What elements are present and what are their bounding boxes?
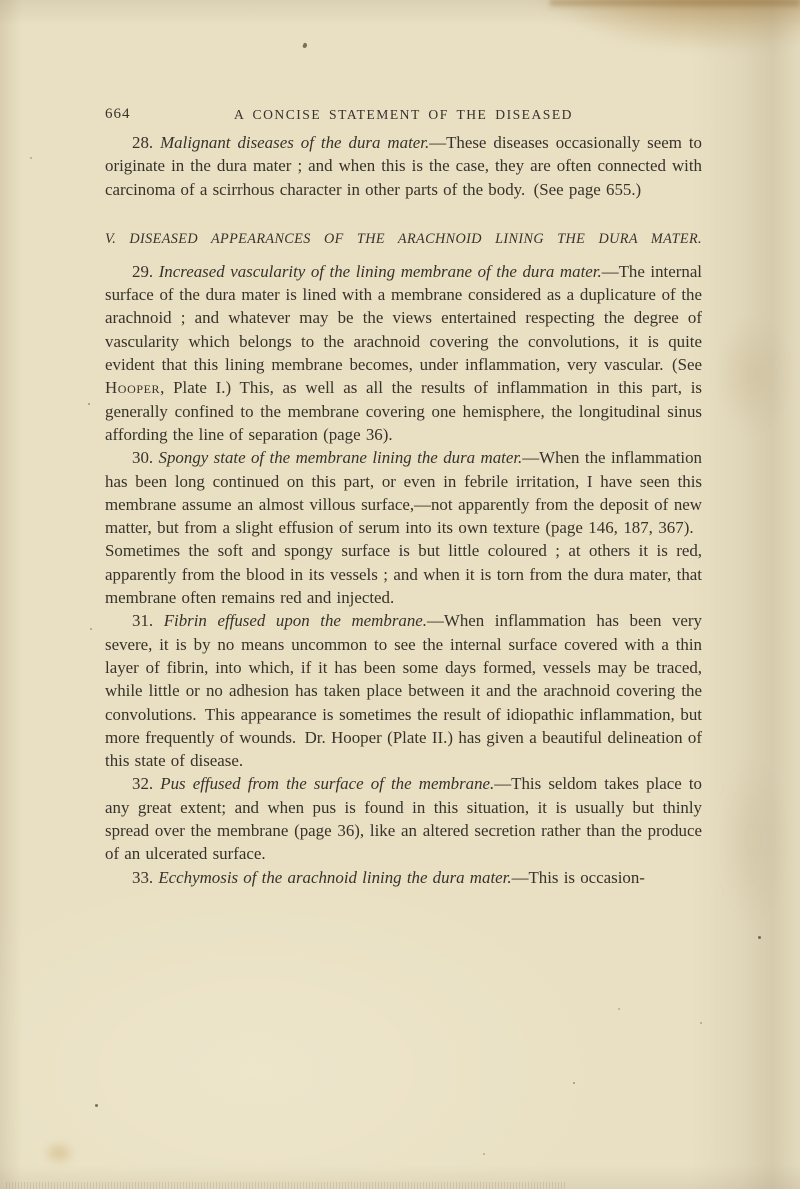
smudge-right-low xyxy=(720,760,780,920)
text-segment-num: 31. xyxy=(132,611,164,630)
text-segment-num: 28. xyxy=(132,133,160,152)
paragraph-31: 31. Fibrin effused upon the membrane.—Wh… xyxy=(105,609,702,772)
stain-top-edge xyxy=(550,0,800,9)
paper-speck xyxy=(573,1082,575,1084)
text-segment-italic: Malignant diseases of the dura mater. xyxy=(160,133,429,152)
text-segment-roman: , Plate I.) This, as well as all the res… xyxy=(105,378,702,444)
text-segment-roman: —When inflammation has been very severe,… xyxy=(105,611,702,770)
text-segment-italic: Spongy state of the membrane lining the … xyxy=(159,448,523,467)
paper-speck xyxy=(90,628,92,630)
paragraph-32: 32. Pus effused from the surface of the … xyxy=(105,772,702,865)
paper-speck xyxy=(95,1104,98,1107)
paper-speck xyxy=(88,403,90,405)
text-segment-italic: Fibrin effused upon the membrane. xyxy=(164,611,427,630)
text-segment-italic: Ecchymosis of the arachnoid lining the d… xyxy=(158,868,511,887)
text-segment-num: 30. xyxy=(132,448,159,467)
paper-speck xyxy=(618,1008,620,1010)
running-head: A CONCISE STATEMENT OF THE DISEASED xyxy=(105,107,702,123)
paragraph-30: 30. Spongy state of the membrane lining … xyxy=(105,446,702,609)
paper-speck xyxy=(758,936,761,939)
paper-speck xyxy=(30,157,32,159)
book-page-scan: 664 A CONCISE STATEMENT OF THE DISEASED … xyxy=(0,0,800,1189)
smudge-right xyxy=(716,320,786,430)
paper-speck xyxy=(302,42,307,48)
page-bottom-edge-texture xyxy=(6,1182,566,1189)
stain-bottom-left xyxy=(42,1140,76,1166)
text-segment-roman: —When the inflammation has been long con… xyxy=(105,448,702,607)
text-segment-smallcaps: Hooper xyxy=(105,378,160,397)
text-segment-num: 32. xyxy=(132,774,160,793)
text-segment-italic: Pus effused from the surface of the memb… xyxy=(160,774,494,793)
text-segment-roman: —This is occasion- xyxy=(512,868,645,887)
text-segment-italic: Increased vascularity of the lining memb… xyxy=(159,262,602,281)
text-segment-num: 33. xyxy=(132,868,158,887)
paragraph-29: 29. Increased vascularity of the lining … xyxy=(105,260,702,446)
paragraph-33: 33. Ecchymosis of the arachnoid lining t… xyxy=(105,866,702,889)
paper-speck xyxy=(483,1153,485,1155)
text-block: 28. Malignant diseases of the dura mater… xyxy=(105,131,702,889)
paragraph-28: 28. Malignant diseases of the dura mater… xyxy=(105,131,702,201)
text-segment-num: 29. xyxy=(132,262,159,281)
stain-top-right xyxy=(534,0,800,50)
paper-speck xyxy=(700,1022,702,1024)
page-header: 664 A CONCISE STATEMENT OF THE DISEASED xyxy=(105,106,702,128)
section-heading: V. DISEASED APPEARANCES OF THE ARACHNOID… xyxy=(105,229,702,249)
